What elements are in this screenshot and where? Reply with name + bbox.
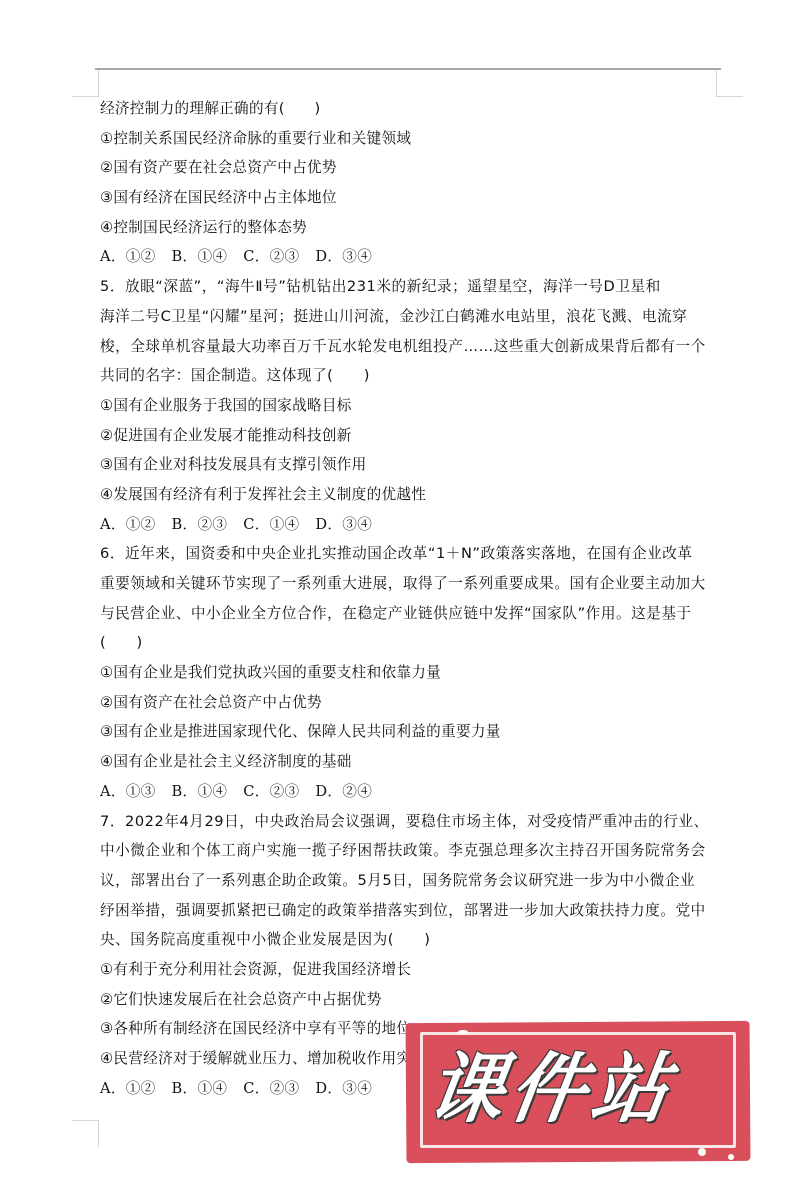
answer-c: C．②③: [243, 783, 299, 800]
question-5-options: ①国有企业服务于我国的国家战略目标 ②促进国有企业发展才能推动科技创新 ③国有企…: [100, 391, 720, 539]
answer-choices: A．①③B．①④C．②③D．②④: [100, 777, 720, 807]
answer-d: D．③④: [315, 248, 372, 265]
option-2: ②国有资产在社会总资产中占优势: [100, 688, 720, 718]
question-stem-line: 梭，全球单机容量最大功率百万千瓦水轮发电机组投产……这些重大创新成果背后都有一个: [100, 332, 720, 362]
answer-a: A．①③: [100, 783, 156, 800]
question-stem-line: 海洋二号C卫星“闪耀”星河；挺进山川河流，金沙江白鹤滩水电站里，浪花飞溅、电流穿: [100, 302, 720, 332]
question-stem-line: 与民营企业、中小企业全方位合作，在稳定产业链供应链中发挥“国家队”作用。这是基于: [100, 599, 720, 629]
answer-b: B．①④: [172, 1080, 228, 1097]
question-stem-line: 重要领域和关键环节实现了一系列重大进展，取得了一系列重要成果。国有企业要主动加大: [100, 569, 720, 599]
question-stem-line: 纾困举措，强调要抓紧把已确定的政策举措落实到位，部署进一步加大政策扶持力度。党中: [100, 896, 720, 926]
page-header-rule: [95, 68, 721, 70]
question-stem-line: 5．放眼“深蓝”，“海牛Ⅱ号”钻机钻出231米的新纪录；遥望星空，海洋一号D卫星…: [100, 272, 720, 302]
answer-b: B．①④: [172, 783, 228, 800]
answer-a: A．①②: [100, 516, 156, 533]
answer-a: A．①②: [100, 1080, 156, 1097]
answer-b: B．②③: [172, 516, 228, 533]
option-4: ④控制国民经济运行的整体态势: [100, 213, 720, 243]
answer-c: C．②③: [243, 1080, 299, 1097]
question-stem-line: 央、国务院高度重视中小微企业发展是因为( ): [100, 925, 720, 955]
answer-d: D．③④: [315, 516, 372, 533]
stamp-speck: [458, 1030, 468, 1034]
question-7: 7．2022年4月29日，中央政治局会议强调，要稳住市场主体，对受疫情严重冲击的…: [100, 807, 720, 955]
question-stem-line: 中小微企业和个体工商户实施一揽子纾困帮扶政策。李克强总理多次主持召开国务院常务会: [100, 836, 720, 866]
option-2: ②它们快速发展后在社会总资产中占据优势: [100, 985, 720, 1015]
answer-b: B．①④: [172, 248, 228, 265]
document-body: 经济控制力的理解正确的有( ) ①控制关系国民经济命脉的重要行业和关键领域 ②国…: [100, 94, 720, 1103]
watermark-text: 课件站: [422, 1044, 735, 1134]
answer-d: D．②④: [315, 783, 372, 800]
option-2: ②促进国有企业发展才能推动科技创新: [100, 421, 720, 451]
option-3: ③国有企业是推进国家现代化、保障人民共同利益的重要力量: [100, 717, 720, 747]
answer-c: C．①④: [243, 516, 299, 533]
watermark-stamp: 课件站: [398, 1018, 754, 1170]
option-4: ④发展国有经济有利于发挥社会主义制度的优越性: [100, 480, 720, 510]
question-stem-line: 共同的名字：国企制造。这体现了( ): [100, 361, 720, 391]
margin-corner-top-right: [716, 70, 743, 97]
margin-corner-bottom-left: [72, 1120, 99, 1147]
answer-d: D．③④: [315, 1080, 372, 1097]
question-stem-line: 经济控制力的理解正确的有( ): [100, 94, 720, 124]
answer-choices: A．①②B．①④C．②③D．③④: [100, 242, 720, 272]
stamp-speck: [728, 1154, 734, 1160]
question-stem-line: ( ): [100, 628, 720, 658]
option-2: ②国有资产要在社会总资产中占优势: [100, 153, 720, 183]
question-5: 5．放眼“深蓝”，“海牛Ⅱ号”钻机钻出231米的新纪录；遥望星空，海洋一号D卫星…: [100, 272, 720, 391]
option-1: ①国有企业服务于我国的国家战略目标: [100, 391, 720, 421]
option-3: ③国有企业对科技发展具有支撑引领作用: [100, 450, 720, 480]
option-1: ①有利于充分利用社会资源，促进我国经济增长: [100, 955, 720, 985]
option-1: ①国有企业是我们党执政兴国的重要支柱和依靠力量: [100, 658, 720, 688]
option-3: ③国有经济在国民经济中占主体地位: [100, 183, 720, 213]
stamp-speck: [698, 1148, 706, 1156]
answer-c: C．②③: [243, 248, 299, 265]
question-6-options: ①国有企业是我们党执政兴国的重要支柱和依靠力量 ②国有资产在社会总资产中占优势 …: [100, 658, 720, 806]
question-4-continued: 经济控制力的理解正确的有( ) ①控制关系国民经济命脉的重要行业和关键领域 ②国…: [100, 94, 720, 272]
option-4: ④国有企业是社会主义经济制度的基础: [100, 747, 720, 777]
question-stem-line: 6．近年来，国资委和中央企业扎实推动国企改革“1＋N”政策落实落地，在国有企业改…: [100, 539, 720, 569]
option-1: ①控制关系国民经济命脉的重要行业和关键领域: [100, 124, 720, 154]
margin-corner-top-left: [72, 70, 99, 97]
question-stem-line: 议，部署出台了一系列惠企助企政策。5月5日，国务院常务会议研究进一步为中小微企业: [100, 866, 720, 896]
question-stem-line: 7．2022年4月29日，中央政治局会议强调，要稳住市场主体，对受疫情严重冲击的…: [100, 807, 720, 837]
answer-a: A．①②: [100, 248, 156, 265]
answer-choices: A．①②B．②③C．①④D．③④: [100, 510, 720, 540]
question-6: 6．近年来，国资委和中央企业扎实推动国企改革“1＋N”政策落实落地，在国有企业改…: [100, 539, 720, 658]
